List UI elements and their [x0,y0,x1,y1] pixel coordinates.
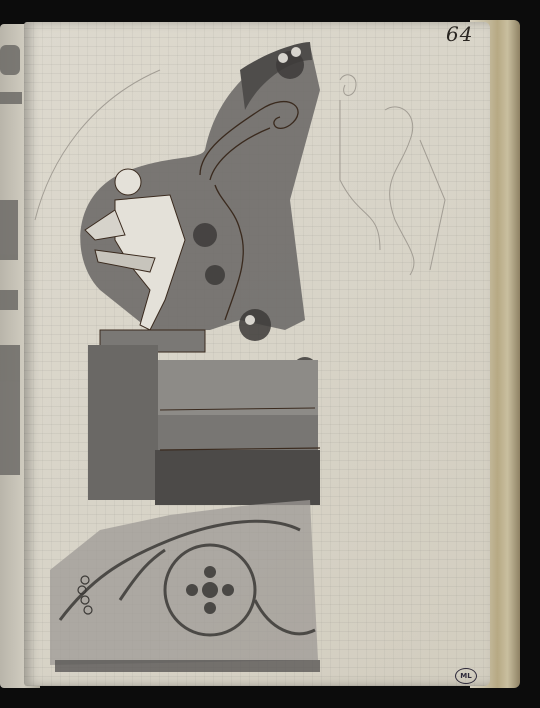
pedestal-body [88,345,158,500]
ornamental-drawing [0,0,540,708]
scanned-sketchbook: 64 ML [0,0,540,708]
pedestal-base [155,450,320,505]
page-number: 64 [446,22,473,46]
left-page-column-fragment [0,45,22,475]
acanthus-frieze-wash [50,500,318,665]
collection-stamp: ML [455,668,477,684]
